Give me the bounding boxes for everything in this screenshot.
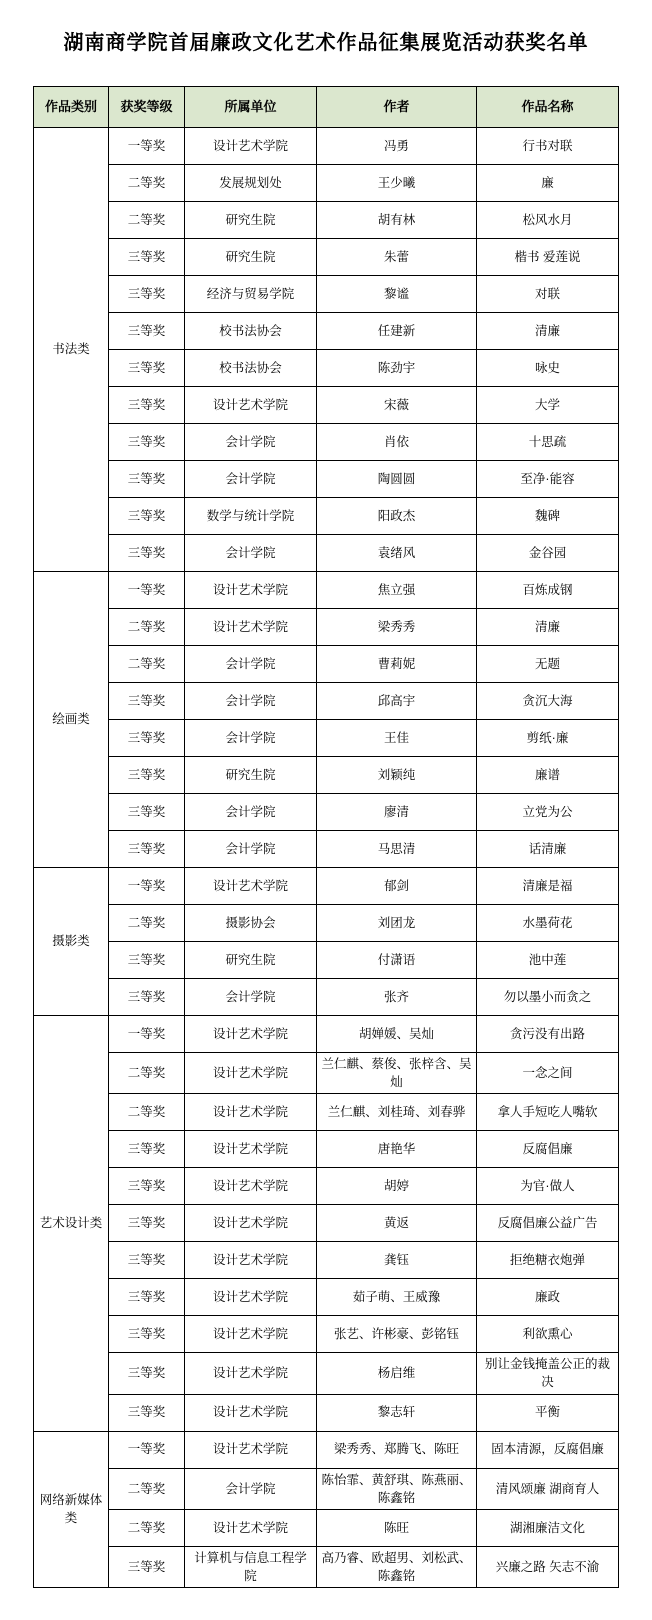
- award-level-cell: 二等奖: [109, 1094, 185, 1131]
- table-row: 三等奖设计艺术学院黎志轩平衡: [34, 1394, 619, 1431]
- work-title-cell: 松风水月: [477, 202, 619, 239]
- unit-cell: 发展规划处: [185, 165, 317, 202]
- unit-cell: 会计学院: [185, 831, 317, 868]
- table-row: 三等奖设计艺术学院黄返反腐倡廉公益广告: [34, 1205, 619, 1242]
- table-row: 三等奖会计学院肖依十思疏: [34, 424, 619, 461]
- unit-cell: 校书法协会: [185, 313, 317, 350]
- author-cell: 肖依: [317, 424, 477, 461]
- award-level-cell: 三等奖: [109, 461, 185, 498]
- table-row: 书法类一等奖设计艺术学院冯勇行书对联: [34, 128, 619, 165]
- author-cell: 宋薇: [317, 387, 477, 424]
- work-title-cell: 立党为公: [477, 794, 619, 831]
- unit-cell: 设计艺术学院: [185, 1279, 317, 1316]
- unit-cell: 设计艺术学院: [185, 868, 317, 905]
- unit-cell: 研究生院: [185, 942, 317, 979]
- author-cell: 胡有林: [317, 202, 477, 239]
- author-cell: 陶圆圆: [317, 461, 477, 498]
- author-cell: 龚钰: [317, 1242, 477, 1279]
- unit-cell: 会计学院: [185, 794, 317, 831]
- table-row: 二等奖摄影协会刘团龙水墨荷花: [34, 905, 619, 942]
- table-row: 二等奖设计艺术学院兰仁麒、蔡俊、张梓含、吴灿一念之间: [34, 1053, 619, 1094]
- unit-cell: 设计艺术学院: [185, 1094, 317, 1131]
- work-title-cell: 话清廉: [477, 831, 619, 868]
- author-cell: 曹莉妮: [317, 646, 477, 683]
- unit-cell: 设计艺术学院: [185, 128, 317, 165]
- table-row: 网络新媒体类一等奖设计艺术学院梁秀秀、郑腾飞、陈旺固本清源，反腐倡廉: [34, 1431, 619, 1468]
- author-cell: 邱高宇: [317, 683, 477, 720]
- award-level-cell: 三等奖: [109, 1394, 185, 1431]
- unit-cell: 设计艺术学院: [185, 1431, 317, 1468]
- author-cell: 黎志轩: [317, 1394, 477, 1431]
- unit-cell: 设计艺术学院: [185, 1205, 317, 1242]
- unit-cell: 会计学院: [185, 683, 317, 720]
- unit-cell: 设计艺术学院: [185, 572, 317, 609]
- unit-cell: 设计艺术学院: [185, 1242, 317, 1279]
- table-row: 二等奖设计艺术学院兰仁麒、刘桂琦、刘春骅拿人手短吃人嘴软: [34, 1094, 619, 1131]
- table-row: 三等奖研究生院刘颖纯廉谱: [34, 757, 619, 794]
- work-title-cell: 对联: [477, 276, 619, 313]
- work-title-cell: 贪污没有出路: [477, 1016, 619, 1053]
- author-cell: 张齐: [317, 979, 477, 1016]
- table-row: 三等奖会计学院邱高宇贪沉大海: [34, 683, 619, 720]
- unit-cell: 设计艺术学院: [185, 1053, 317, 1094]
- unit-cell: 设计艺术学院: [185, 1316, 317, 1353]
- work-title-cell: 至净·能容: [477, 461, 619, 498]
- author-cell: 王佳: [317, 720, 477, 757]
- table-row: 三等奖设计艺术学院杨启维别让金钱掩盖公正的裁决: [34, 1353, 619, 1394]
- award-level-cell: 三等奖: [109, 387, 185, 424]
- work-title-cell: 行书对联: [477, 128, 619, 165]
- author-cell: 唐艳华: [317, 1131, 477, 1168]
- table-row: 三等奖研究生院朱蕾楷书 爱莲说: [34, 239, 619, 276]
- work-title-cell: 剪纸·廉: [477, 720, 619, 757]
- work-title-cell: 反腐倡廉公益广告: [477, 1205, 619, 1242]
- work-title-cell: 魏碑: [477, 498, 619, 535]
- work-title-cell: 湖湘廉洁文化: [477, 1509, 619, 1546]
- work-title-cell: 清廉: [477, 313, 619, 350]
- unit-cell: 设计艺术学院: [185, 1394, 317, 1431]
- award-level-cell: 三等奖: [109, 831, 185, 868]
- author-cell: 胡婵媛、吴灿: [317, 1016, 477, 1053]
- work-title-cell: 清廉是福: [477, 868, 619, 905]
- author-cell: 阳政杰: [317, 498, 477, 535]
- work-title-cell: 勿以墨小而贪之: [477, 979, 619, 1016]
- unit-cell: 会计学院: [185, 1468, 317, 1509]
- table-row: 三等奖会计学院陶圆圆至净·能容: [34, 461, 619, 498]
- table-row: 三等奖设计艺术学院张艺、许彬豪、彭铭钰利欲熏心: [34, 1316, 619, 1353]
- author-cell: 张艺、许彬豪、彭铭钰: [317, 1316, 477, 1353]
- work-title-cell: 百炼成钢: [477, 572, 619, 609]
- page-title: 湖南商学院首届廉政文化艺术作品征集展览活动获奖名单: [0, 0, 652, 55]
- unit-cell: 设计艺术学院: [185, 1353, 317, 1394]
- author-cell: 陈旺: [317, 1509, 477, 1546]
- author-cell: 冯勇: [317, 128, 477, 165]
- work-title-cell: 廉: [477, 165, 619, 202]
- table-row: 二等奖会计学院曹莉妮无题: [34, 646, 619, 683]
- award-level-cell: 三等奖: [109, 1353, 185, 1394]
- award-level-cell: 三等奖: [109, 1316, 185, 1353]
- unit-cell: 研究生院: [185, 757, 317, 794]
- award-level-cell: 三等奖: [109, 1279, 185, 1316]
- author-cell: 廖清: [317, 794, 477, 831]
- author-cell: 杨启维: [317, 1353, 477, 1394]
- author-cell: 付潇语: [317, 942, 477, 979]
- award-list-document: 湖南商学院首届廉政文化艺术作品征集展览活动获奖名单 作品类别 获奖等级 所属单位…: [0, 0, 652, 1588]
- award-level-cell: 一等奖: [109, 572, 185, 609]
- category-cell: 网络新媒体类: [34, 1431, 109, 1588]
- table-row: 三等奖研究生院付潇语池中莲: [34, 942, 619, 979]
- work-title-cell: 大学: [477, 387, 619, 424]
- author-cell: 刘颖纯: [317, 757, 477, 794]
- work-title-cell: 利欲熏心: [477, 1316, 619, 1353]
- award-level-cell: 二等奖: [109, 905, 185, 942]
- work-title-cell: 固本清源，反腐倡廉: [477, 1431, 619, 1468]
- unit-cell: 摄影协会: [185, 905, 317, 942]
- award-level-cell: 三等奖: [109, 350, 185, 387]
- author-cell: 马思清: [317, 831, 477, 868]
- award-level-cell: 二等奖: [109, 202, 185, 239]
- category-cell: 书法类: [34, 128, 109, 572]
- award-level-cell: 三等奖: [109, 498, 185, 535]
- table-row: 二等奖发展规划处王少曦廉: [34, 165, 619, 202]
- unit-cell: 会计学院: [185, 646, 317, 683]
- unit-cell: 校书法协会: [185, 350, 317, 387]
- table-row: 三等奖设计艺术学院宋薇大学: [34, 387, 619, 424]
- work-title-cell: 反腐倡廉: [477, 1131, 619, 1168]
- table-row: 二等奖研究生院胡有林松风水月: [34, 202, 619, 239]
- award-level-cell: 三等奖: [109, 720, 185, 757]
- table-row: 绘画类一等奖设计艺术学院焦立强百炼成钢: [34, 572, 619, 609]
- table-row: 三等奖设计艺术学院龚钰拒绝糖衣炮弹: [34, 1242, 619, 1279]
- work-title-cell: 水墨荷花: [477, 905, 619, 942]
- header-author: 作者: [317, 87, 477, 128]
- award-level-cell: 三等奖: [109, 1242, 185, 1279]
- unit-cell: 计算机与信息工程学院: [185, 1546, 317, 1587]
- table-row: 三等奖数学与统计学院阳政杰魏碑: [34, 498, 619, 535]
- unit-cell: 会计学院: [185, 461, 317, 498]
- author-cell: 黎谧: [317, 276, 477, 313]
- table-row: 三等奖会计学院张齐勿以墨小而贪之: [34, 979, 619, 1016]
- header-category: 作品类别: [34, 87, 109, 128]
- author-cell: 刘团龙: [317, 905, 477, 942]
- work-title-cell: 廉谱: [477, 757, 619, 794]
- work-title-cell: 清风颂廉 湖商育人: [477, 1468, 619, 1509]
- header-unit: 所属单位: [185, 87, 317, 128]
- award-level-cell: 三等奖: [109, 683, 185, 720]
- award-level-cell: 三等奖: [109, 239, 185, 276]
- table-row: 三等奖会计学院袁绪风金谷园: [34, 535, 619, 572]
- table-row: 二等奖会计学院陈怡霏、黄舒琪、陈燕丽、陈鑫铭清风颂廉 湖商育人: [34, 1468, 619, 1509]
- table-row: 三等奖计算机与信息工程学院高乃睿、欧超男、刘松武、陈鑫铭兴廉之路 矢志不渝: [34, 1546, 619, 1587]
- work-title-cell: 为官·做人: [477, 1168, 619, 1205]
- author-cell: 袁绪风: [317, 535, 477, 572]
- unit-cell: 设计艺术学院: [185, 1016, 317, 1053]
- award-level-cell: 三等奖: [109, 1131, 185, 1168]
- work-title-cell: 贪沉大海: [477, 683, 619, 720]
- award-level-cell: 二等奖: [109, 609, 185, 646]
- table-row: 三等奖校书法协会任建新清廉: [34, 313, 619, 350]
- award-level-cell: 一等奖: [109, 1016, 185, 1053]
- work-title-cell: 廉政: [477, 1279, 619, 1316]
- award-level-cell: 三等奖: [109, 313, 185, 350]
- table-row: 摄影类一等奖设计艺术学院郁剑清廉是福: [34, 868, 619, 905]
- award-level-cell: 二等奖: [109, 1468, 185, 1509]
- award-level-cell: 一等奖: [109, 1431, 185, 1468]
- table-row: 三等奖会计学院王佳剪纸·廉: [34, 720, 619, 757]
- unit-cell: 研究生院: [185, 239, 317, 276]
- unit-cell: 设计艺术学院: [185, 1131, 317, 1168]
- work-title-cell: 兴廉之路 矢志不渝: [477, 1546, 619, 1587]
- author-cell: 任建新: [317, 313, 477, 350]
- work-title-cell: 平衡: [477, 1394, 619, 1431]
- table-body: 书法类一等奖设计艺术学院冯勇行书对联二等奖发展规划处王少曦廉二等奖研究生院胡有林…: [34, 128, 619, 1588]
- author-cell: 梁秀秀: [317, 609, 477, 646]
- award-level-cell: 二等奖: [109, 646, 185, 683]
- table-row: 三等奖设计艺术学院茹子萌、王威豫廉政: [34, 1279, 619, 1316]
- award-level-cell: 二等奖: [109, 165, 185, 202]
- unit-cell: 研究生院: [185, 202, 317, 239]
- unit-cell: 会计学院: [185, 424, 317, 461]
- work-title-cell: 别让金钱掩盖公正的裁决: [477, 1353, 619, 1394]
- table-row: 艺术设计类一等奖设计艺术学院胡婵媛、吴灿贪污没有出路: [34, 1016, 619, 1053]
- table-row: 三等奖会计学院马思清话清廉: [34, 831, 619, 868]
- author-cell: 焦立强: [317, 572, 477, 609]
- header-work-title: 作品名称: [477, 87, 619, 128]
- author-cell: 陈怡霏、黄舒琪、陈燕丽、陈鑫铭: [317, 1468, 477, 1509]
- award-level-cell: 三等奖: [109, 1205, 185, 1242]
- author-cell: 陈劲宇: [317, 350, 477, 387]
- work-title-cell: 十思疏: [477, 424, 619, 461]
- award-level-cell: 三等奖: [109, 276, 185, 313]
- award-level-cell: 三等奖: [109, 942, 185, 979]
- work-title-cell: 拿人手短吃人嘴软: [477, 1094, 619, 1131]
- award-level-cell: 二等奖: [109, 1053, 185, 1094]
- author-cell: 朱蕾: [317, 239, 477, 276]
- work-title-cell: 一念之间: [477, 1053, 619, 1094]
- work-title-cell: 楷书 爱莲说: [477, 239, 619, 276]
- award-level-cell: 三等奖: [109, 1546, 185, 1587]
- author-cell: 郁剑: [317, 868, 477, 905]
- award-level-cell: 三等奖: [109, 794, 185, 831]
- author-cell: 茹子萌、王威豫: [317, 1279, 477, 1316]
- author-cell: 胡婷: [317, 1168, 477, 1205]
- work-title-cell: 无题: [477, 646, 619, 683]
- header-row: 作品类别 获奖等级 所属单位 作者 作品名称: [34, 87, 619, 128]
- unit-cell: 会计学院: [185, 720, 317, 757]
- unit-cell: 经济与贸易学院: [185, 276, 317, 313]
- unit-cell: 设计艺术学院: [185, 387, 317, 424]
- table-row: 二等奖设计艺术学院陈旺湖湘廉洁文化: [34, 1509, 619, 1546]
- unit-cell: 设计艺术学院: [185, 609, 317, 646]
- unit-cell: 设计艺术学院: [185, 1168, 317, 1205]
- work-title-cell: 咏史: [477, 350, 619, 387]
- category-cell: 绘画类: [34, 572, 109, 868]
- table-row: 二等奖设计艺术学院梁秀秀清廉: [34, 609, 619, 646]
- unit-cell: 会计学院: [185, 979, 317, 1016]
- author-cell: 高乃睿、欧超男、刘松武、陈鑫铭: [317, 1546, 477, 1587]
- work-title-cell: 清廉: [477, 609, 619, 646]
- work-title-cell: 拒绝糖衣炮弹: [477, 1242, 619, 1279]
- award-level-cell: 三等奖: [109, 979, 185, 1016]
- author-cell: 兰仁麒、蔡俊、张梓含、吴灿: [317, 1053, 477, 1094]
- category-cell: 摄影类: [34, 868, 109, 1016]
- header-award-level: 获奖等级: [109, 87, 185, 128]
- award-level-cell: 三等奖: [109, 1168, 185, 1205]
- table-row: 三等奖经济与贸易学院黎谧对联: [34, 276, 619, 313]
- author-cell: 梁秀秀、郑腾飞、陈旺: [317, 1431, 477, 1468]
- table-row: 三等奖校书法协会陈劲宇咏史: [34, 350, 619, 387]
- table-row: 三等奖设计艺术学院胡婷为官·做人: [34, 1168, 619, 1205]
- award-level-cell: 一等奖: [109, 128, 185, 165]
- work-title-cell: 池中莲: [477, 942, 619, 979]
- unit-cell: 数学与统计学院: [185, 498, 317, 535]
- unit-cell: 设计艺术学院: [185, 1509, 317, 1546]
- award-level-cell: 三等奖: [109, 535, 185, 572]
- category-cell: 艺术设计类: [34, 1016, 109, 1432]
- table-row: 三等奖会计学院廖清立党为公: [34, 794, 619, 831]
- award-level-cell: 三等奖: [109, 757, 185, 794]
- award-level-cell: 二等奖: [109, 1509, 185, 1546]
- author-cell: 兰仁麒、刘桂琦、刘春骅: [317, 1094, 477, 1131]
- award-level-cell: 三等奖: [109, 424, 185, 461]
- work-title-cell: 金谷园: [477, 535, 619, 572]
- award-level-cell: 一等奖: [109, 868, 185, 905]
- unit-cell: 会计学院: [185, 535, 317, 572]
- table-row: 三等奖设计艺术学院唐艳华反腐倡廉: [34, 1131, 619, 1168]
- author-cell: 王少曦: [317, 165, 477, 202]
- author-cell: 黄返: [317, 1205, 477, 1242]
- award-table: 作品类别 获奖等级 所属单位 作者 作品名称 书法类一等奖设计艺术学院冯勇行书对…: [33, 86, 619, 1588]
